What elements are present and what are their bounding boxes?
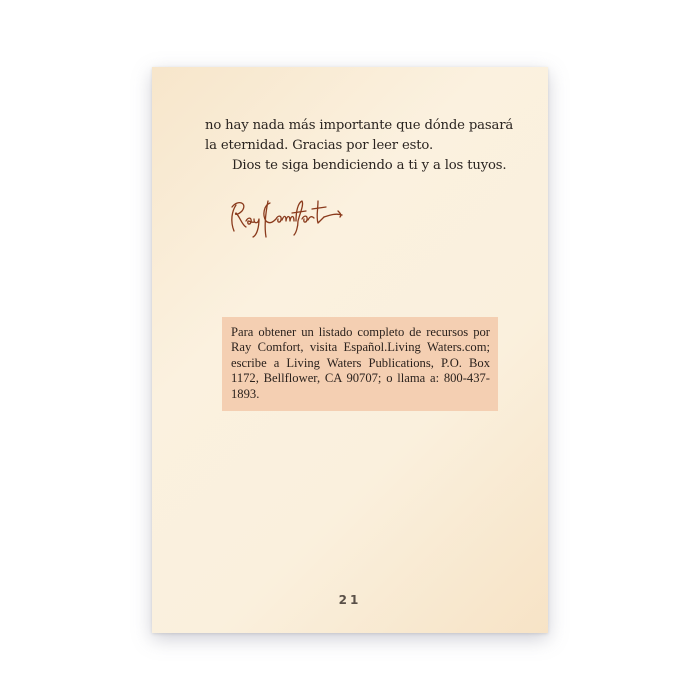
page-number: 21 [152, 593, 548, 607]
resources-info-text: Para obtener un listado completo de recu… [231, 325, 490, 402]
resources-info-box: Para obtener un listado completo de recu… [222, 317, 498, 411]
stage: no hay nada más importante que dónde pas… [0, 0, 700, 700]
body-text: no hay nada más importante que dónde pas… [205, 116, 515, 176]
body-line-2: la eternidad. Gracias por leer esto. [205, 136, 515, 156]
signature-ray-comfort [226, 191, 346, 243]
book-page: no hay nada más importante que dónde pas… [152, 67, 548, 633]
closing-blessing: Dios te siga bendiciendo a ti y a los tu… [205, 156, 515, 176]
signature-icon [226, 191, 346, 243]
body-line-1: no hay nada más importante que dónde pas… [205, 116, 515, 136]
